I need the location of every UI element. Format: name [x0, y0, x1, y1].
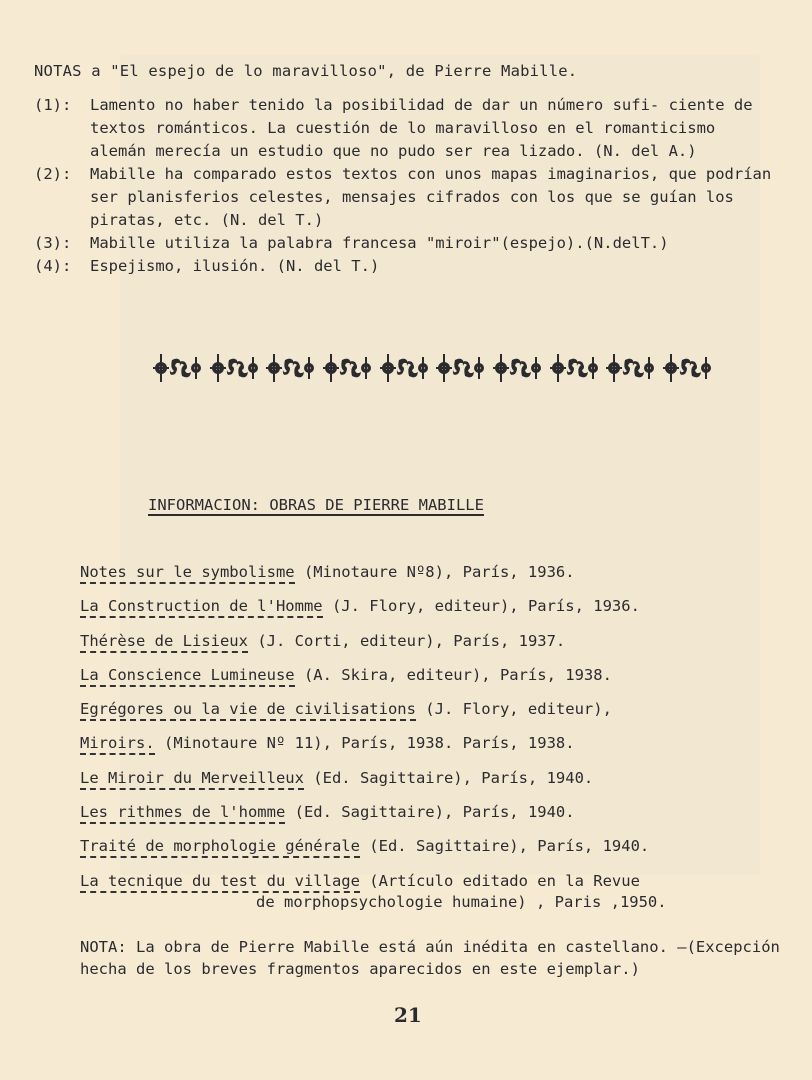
note-item: (4): Espejismo, ilusión. (N. del T.)	[34, 255, 774, 278]
work-details: (Ed. Sagittaire), París, 1940.	[360, 837, 649, 855]
page-number: 21	[394, 1003, 422, 1027]
work-item: Notes sur le symbolisme (Minotaure Nº8),…	[80, 560, 780, 594]
closing-note: NOTA: La obra de Pierre Mabille está aún…	[80, 936, 780, 980]
work-item: Egrégores ou la vie de civilisations (J.…	[80, 697, 780, 731]
work-details: (Artículo editado en la Revue	[360, 872, 640, 890]
work-title: Miroirs.	[80, 734, 155, 755]
note-item: (1): Lamento no haber tenido la posibili…	[34, 94, 774, 163]
work-item: La Construction de l'Homme (J. Flory, ed…	[80, 594, 780, 628]
works-list: Notes sur le symbolisme (Minotaure Nº8),…	[80, 560, 780, 917]
work-details: (A. Skira, editeur), París, 1938.	[295, 666, 612, 684]
work-details-continuation: de morphopsychologie humaine) , Paris ,1…	[80, 891, 780, 913]
note-number: (1):	[34, 94, 90, 163]
work-item: Thérèse de Lisieux (J. Corti, editeur), …	[80, 629, 780, 663]
work-title: Notes sur le symbolisme	[80, 563, 295, 584]
work-title: Le Miroir du Merveilleux	[80, 769, 304, 790]
note-number: (2):	[34, 163, 90, 232]
notes-heading: NOTAS a "El espejo de lo maravilloso", d…	[34, 62, 577, 80]
note-item: (3): Mabille utiliza la palabra francesa…	[34, 232, 774, 255]
work-details: (J. Flory, editeur),	[416, 700, 612, 718]
work-item: Traité de morphologie générale (Ed. Sagi…	[80, 834, 780, 868]
note-text: Lamento no haber tenido la posibilidad d…	[90, 94, 774, 163]
work-title: La Conscience Lumineuse	[80, 666, 295, 687]
work-details: (J. Flory, editeur), París, 1936.	[323, 597, 640, 615]
note-number: (3):	[34, 232, 90, 255]
note-text: Espejismo, ilusión. (N. del T.)	[90, 255, 774, 278]
note-number: (4):	[34, 255, 90, 278]
work-title: Egrégores ou la vie de civilisations	[80, 700, 416, 721]
work-details: (J. Corti, editeur), París, 1937.	[248, 632, 565, 650]
work-item: La tecnique du test du village (Artículo…	[80, 869, 780, 917]
work-details: (Minotaure Nº8), París, 1936.	[295, 563, 575, 581]
work-item: La Conscience Lumineuse (A. Skira, edite…	[80, 663, 780, 697]
work-details: (Minotaure Nº 11), París, 1938. París, 1…	[155, 734, 575, 752]
work-title: Thérèse de Lisieux	[80, 632, 248, 653]
note-text: Mabille utiliza la palabra francesa "mir…	[90, 232, 774, 255]
info-section-title: INFORMACION: OBRAS DE PIERRE MABILLE	[148, 496, 484, 514]
work-title: La tecnique du test du village	[80, 872, 360, 893]
notes-list: (1): Lamento no haber tenido la posibili…	[34, 94, 774, 278]
work-details: (Ed. Sagittaire), París, 1940.	[304, 769, 593, 787]
work-item: Le Miroir du Merveilleux (Ed. Sagittaire…	[80, 766, 780, 800]
work-item: Miroirs. (Minotaure Nº 11), París, 1938.…	[80, 731, 780, 765]
note-text: Mabille ha comparado estos textos con un…	[90, 163, 774, 232]
work-details: (Ed. Sagittaire), París, 1940.	[285, 803, 574, 821]
document-page: NOTAS a "El espejo de lo maravilloso", d…	[0, 0, 812, 1080]
work-title: La Construction de l'Homme	[80, 597, 323, 618]
floral-border-ornament-icon	[152, 348, 712, 388]
note-item: (2): Mabille ha comparado estos textos c…	[34, 163, 774, 232]
work-title: Traité de morphologie générale	[80, 837, 360, 858]
work-title: Les rithmes de l'homme	[80, 803, 285, 824]
work-item: Les rithmes de l'homme (Ed. Sagittaire),…	[80, 800, 780, 834]
